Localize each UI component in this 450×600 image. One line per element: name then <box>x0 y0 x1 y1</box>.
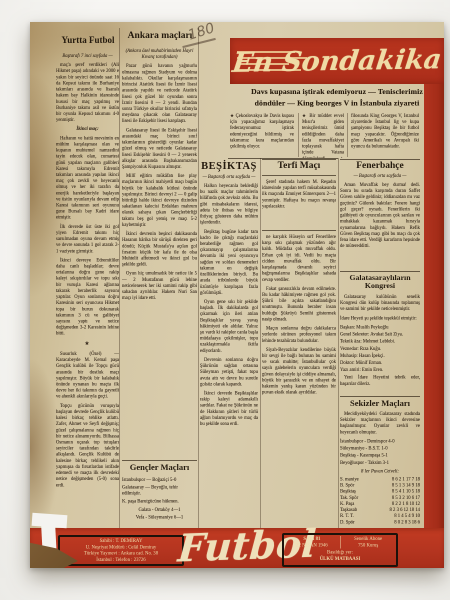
column-rule <box>347 113 348 157</box>
paragraph: Millî eğitim mükâfatı lise play maçların… <box>122 173 197 228</box>
standings-row: D. Spör8 0 2 8 3 18 6 <box>340 519 420 525</box>
section-heading-fenerbahce: Fenerbahçe <box>340 162 420 172</box>
column-yurtta-futbol: Baştarafı 7 inci sayfada — maç'a şeref v… <box>56 53 119 528</box>
officer-entry: Yazı amiri: Emin Eren. <box>340 367 420 373</box>
section-rule <box>340 396 420 397</box>
paragraph: Şeref stadında hakem M. Reşadın idaresin… <box>262 179 336 210</box>
match-result: Galatasaray — Beyoğlu, tehir edilmiştir. <box>122 485 197 497</box>
continuation-note: — Baştarafı orta sayfada — <box>340 173 420 179</box>
paragraph: Halkın heyecanla beklediği bu nazik maçl… <box>200 183 258 226</box>
match-result: Galata - Ortaköy 4—1 <box>122 507 197 513</box>
match-result: Süleymaniye - B.S.T. 1-0 <box>340 446 420 452</box>
paragraph: Aman Muvaffak bey durma! dedi. Sonra bu … <box>340 182 420 249</box>
paragraph: Pazar günü havanın yağmurlu olmasına rağ… <box>122 63 197 124</box>
paragraph: Oyun hiç umulmadık bir netice ile 5 — 2 … <box>122 271 197 302</box>
match-result: Vefa - Süleymaniye 6—1 <box>122 515 197 521</box>
section-heading-yurtta-futbol: Yurtta Futbol <box>54 36 122 45</box>
paragraph: Susurluk (Özel) — Karacabeyde M. Kemal p… <box>56 351 119 400</box>
section-rule <box>122 460 197 461</box>
column-rule <box>298 113 299 157</box>
paragraph: ne karşılık Hüseyin sırf Fenerlilere kar… <box>262 234 336 283</box>
officer-entry: Veznedar: Rıza Kuğu. <box>340 346 420 352</box>
subheading-ikinci-mac: İkinci maç: <box>56 126 119 132</box>
section-rule <box>262 159 336 160</box>
continuation-note: Baştarafı 7 inci sayfada — <box>56 53 119 59</box>
paragraph: Mecidiyeköydeki Galatasaray stadında Sek… <box>340 411 420 435</box>
news-item: ★ Bir müddet evvel Mısır'a giden tenisçi… <box>302 113 344 158</box>
terfi-maci-body: Şeref stadında hakem M. Reşadın idaresin… <box>262 179 336 227</box>
issue-date: 22 NİSAN 1946 <box>284 542 340 548</box>
masthead-side-band <box>424 84 444 528</box>
paragraph: Siyah-Beyazlılar kendilerine büyük bir s… <box>262 347 336 396</box>
column-sekizler: Mecidiyeköydeki Galatasaray stadında Sek… <box>340 411 420 528</box>
officer-entry: Başkan: Muslih Peykoğlu <box>340 324 420 330</box>
paragraph: Galatasaray lisesi ile Eskişehir lisesi … <box>122 127 197 170</box>
paragraph: İlk devrede üst üste iki gol yiyen Edrem… <box>56 224 119 255</box>
section-heading-gencler-maclari: Gençler Maçları <box>122 463 197 472</box>
team-record: 8 0 2 8 3 18 6 <box>394 519 420 525</box>
section-rule <box>340 159 420 160</box>
masthead-title: En Sondakika <box>227 36 447 86</box>
publisher-phone: İstanbul : Telefon : 23726 <box>60 557 182 563</box>
paragraph: Devrenin sonlarına doğru Şükrünün sağdan… <box>200 357 258 388</box>
photo-backdrop: 180 Yurtta Futbol Baştarafı 7 inci sayfa… <box>0 0 450 600</box>
column-rule <box>198 28 199 528</box>
team-name: D. Spör <box>340 519 355 525</box>
news-item-column: ★ Çekoslovakya ile Davis kupası için yap… <box>230 113 294 158</box>
paragraph: İkinci devreye Edremitliler daha canlı b… <box>56 257 119 336</box>
paragraph: Oyun gene sıkı bir şekilde başladı. İlk … <box>200 299 258 354</box>
standings-title: 8 ler Puvan Cetveli: <box>340 468 420 474</box>
section-rule <box>262 175 336 176</box>
column-besiktas-continuation: ne karşılık Hüseyin sırf Fenerlilere kar… <box>262 234 336 528</box>
paragraph: İkinci devrede Beşiktaşlılar rakip kaley… <box>200 391 258 428</box>
section-heading-besiktas: BEŞİKTAŞ <box>200 161 258 172</box>
main-headline: Davs kupasına iştirak edemiyoruz — Tenis… <box>230 86 444 112</box>
subscription-price: 750 Kuruş <box>340 542 396 548</box>
column-rule <box>119 28 120 528</box>
masthead-banner: En Sondakika <box>230 38 444 84</box>
paragraph: Galatasaray kulübünün senelik Kongresi d… <box>340 294 420 312</box>
officer-entry: Teknik âza: Mehmet Leblebi. <box>340 339 420 345</box>
byline-note: (Ankara özel muhabirimizden Hayri Kıvanç… <box>122 48 197 60</box>
match-result: Beyoğluspor - Taksim 3-1 <box>340 460 420 466</box>
column-galatasaray-kongresi: Galatasaray kulübünün senelik Kongresi d… <box>340 294 420 395</box>
star-divider: ★ <box>56 340 119 347</box>
match-result: İstanbulspor — Boğaziçi 5-0 <box>122 477 197 483</box>
paragraph: maç'a şeref verdikleri (Ali Hikmet paşa)… <box>56 62 119 123</box>
officer-entry: Muhasip: Hasan İpekçi. <box>340 353 420 359</box>
paragraph: Fakat şanssızlıkla devam edilmekte. Bu k… <box>262 286 336 323</box>
match-result: K. paşa Barutgücüne hükmen. <box>122 498 197 504</box>
gencler-results-list: İstanbulspor — Boğaziçi 5-0 Galatasaray … <box>122 477 197 528</box>
section-heading-galatasaray-kongresi: Galatasaraylıların Kongresi <box>340 274 420 290</box>
paragraph: Maçın sonlarına doğru dakikalarca yerler… <box>262 326 336 344</box>
heading-line: Kongresi <box>340 282 420 290</box>
match-result: Beşiktaş - Kasımpaşa 5-1 <box>340 453 420 459</box>
paragraph: İdare Heyeti şu şekilde teşekkül etmişti… <box>340 315 420 321</box>
news-item: filosunda King Georges V, İstanbul ziyar… <box>351 113 419 150</box>
column-rule <box>260 158 261 528</box>
paragraph: Topçu gücünün vuruşuyla başlayan devrede… <box>56 403 119 489</box>
news-item-column: ★ Bir müddet evvel Mısır'a giden tenisçi… <box>302 113 344 158</box>
officer-list: Başkan: Muslih Peykoğlu Genel Sekreter: … <box>340 324 420 373</box>
match-result: İstanbulspor - Demirspor 4-0 <box>340 438 420 444</box>
column-ankara-maclari: (Ankara özel muhabirimizden Hayri Kıvanç… <box>122 48 197 458</box>
newspaper-page: 180 Yurtta Futbol Baştarafı 7 inci sayfa… <box>30 22 444 568</box>
issue-cell: SAYI 81 22 NİSAN 1946 <box>284 536 340 549</box>
news-item-column: filosunda King Georges V, İstanbul ziyar… <box>351 113 419 156</box>
section-heading-sekizler-maclari: Sekizler Maçları <box>340 399 420 408</box>
continuation-note-wrap: — Baştarafı orta sayfada — <box>200 174 258 182</box>
section-heading-terfi-maci: Terfi Maçı <box>262 162 336 172</box>
section-rule <box>340 271 420 272</box>
column-rule <box>338 158 339 528</box>
column-besiktas: Halkın heyecanla beklediği bu nazik maçl… <box>200 183 258 528</box>
news-item: ★ Çekoslovakya ile Davis kupası için yap… <box>230 113 294 150</box>
continuation-note: — Baştarafı orta sayfada — <box>200 174 258 180</box>
paragraph: İkinci devrenin beşinci dakikasında Hasa… <box>122 231 197 268</box>
subscription-cell: Senelik Abone 750 Kuruş <box>340 536 396 549</box>
headline-line-1: Davs kupasına iştirak edemiyoruz — Tenis… <box>230 86 444 98</box>
printer-name: ÜLKÜ MATBAASI <box>284 556 396 562</box>
paragraph: Beşiktaş bugüne kadar tam kadro ile çıkt… <box>200 229 258 296</box>
paragraph: Haftanın ve hattâ mevsimin en mühim karş… <box>56 135 119 221</box>
officer-entry: Doktor: Münif Erman. <box>340 360 420 366</box>
paragraph: Yeni İdare Heyetini tebrik eder, başarıl… <box>340 375 420 387</box>
continuation-note-wrap: — Baştarafı orta sayfada — <box>340 173 420 181</box>
column-fenerbahce: Aman Muvaffak bey durma! dedi. Sonra bu … <box>340 182 420 269</box>
section-rule <box>262 230 336 231</box>
section-heading-ankara-maclari: Ankara maçları <box>122 32 198 42</box>
officer-entry: Genel Sekreter: Avukat Sait Ziya. <box>340 332 420 338</box>
headline-line-2: döndüler — King beorges V in İstanbula z… <box>230 98 444 110</box>
issue-info-box: SAYI 81 22 NİSAN 1946 Senelik Abone 750 … <box>282 533 398 567</box>
